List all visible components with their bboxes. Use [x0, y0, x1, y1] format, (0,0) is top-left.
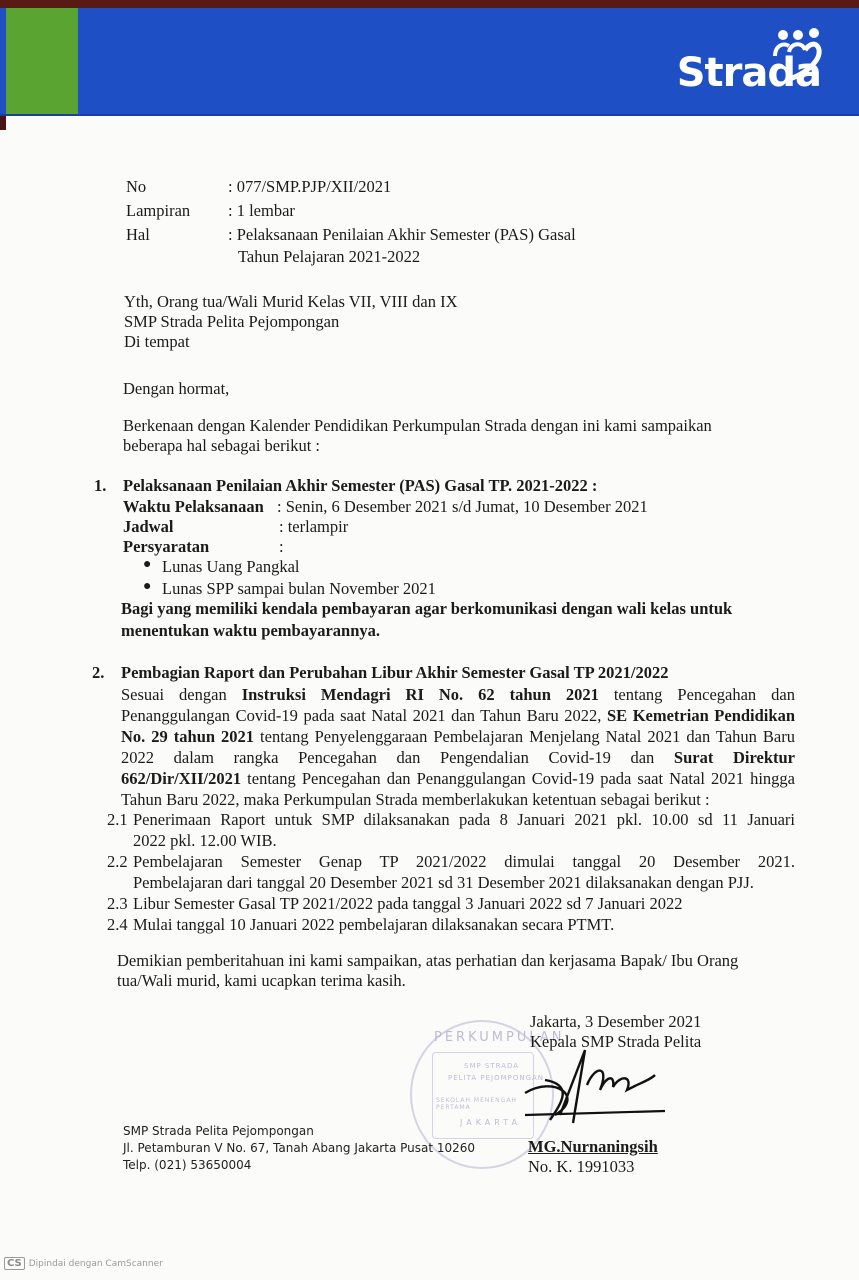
bullet-icon: ●: [143, 557, 151, 573]
closing-line: tua/Wali murid, kami ucapkan terima kasi…: [117, 970, 406, 991]
ref-se-kementerian: SE Kemetrian Pendidikan: [607, 706, 795, 725]
footer-street: Jl. Petamburan V No. 67, Tanah Abang Jak…: [123, 1140, 475, 1157]
text: Penanggulangan Covid-19 pada saat Natal …: [121, 706, 607, 725]
hal-label: Hal: [126, 224, 150, 245]
lampiran-value: : 1 lembar: [228, 200, 295, 221]
ref-instruksi-mendagri: Instruksi Mendagri RI No. 62 tahun 2021: [242, 685, 599, 704]
text: tentang Pencegahan dan: [599, 685, 795, 704]
ref-surat-number: 662/Dir/XII/2021: [121, 769, 241, 788]
place-date: Jakarta, 3 Desember 2021: [530, 1011, 701, 1032]
section1-number: 1.: [94, 475, 106, 496]
intro-line: Berkenaan dengan Kalender Pendidikan Per…: [123, 415, 712, 436]
recipient-school: SMP Strada Pelita Pejompongan: [124, 311, 339, 332]
section2-paragraph-line: 662/Dir/XII/2021 tentang Pencegahan dan …: [121, 768, 795, 789]
jadwal-label: Jadwal: [123, 516, 173, 537]
ref-surat-direktur: Surat Direktur: [674, 748, 795, 767]
item-text: Mulai tanggal 10 Januari 2022 pembelajar…: [133, 914, 614, 935]
closing-line: Demikian pemberitahuan ini kami sampaika…: [117, 950, 738, 971]
persyaratan-label: Persyaratan: [123, 536, 209, 557]
text: tentang Pencegahan dan Penanggulangan Co…: [241, 769, 795, 788]
stamp-text: SMP STRADA: [464, 1062, 519, 1070]
signer-id: No. K. 1991033: [528, 1156, 634, 1177]
section2-paragraph-line: Tahun Baru 2022, maka Perkumpulan Strada…: [121, 789, 710, 810]
no-label: No: [126, 176, 146, 197]
recipient-line: Yth, Orang tua/Wali Murid Kelas VII, VII…: [124, 291, 457, 312]
hal-value: : Pelaksanaan Penilaian Akhir Semester (…: [228, 224, 576, 245]
no-value: : 077/SMP.PJP/XII/2021: [228, 176, 391, 197]
item-text: Libur Semester Gasal TP 2021/2022 pada t…: [133, 893, 682, 914]
payment-note: Bagi yang memiliki kendala pembayaran ag…: [121, 598, 732, 619]
intro-line: beberapa hal sebagai berikut :: [123, 435, 320, 456]
text: tentang Penyelenggaraan Pembelajaran Men…: [254, 727, 795, 746]
payment-note: menentukan waktu pembayarannya.: [121, 620, 380, 641]
item-number: 2.3: [107, 893, 128, 914]
item-text: Pembelajaran Semester Genap TP 2021/2022…: [133, 851, 795, 872]
footer-phone: Telp. (021) 53650004: [123, 1157, 475, 1174]
section2-paragraph-line: No. 29 tahun 2021 tentang Penyelenggaraa…: [121, 726, 795, 747]
recipient-place: Di tempat: [124, 331, 190, 352]
bullet-icon: ●: [143, 579, 151, 595]
handwritten-signature: [515, 1045, 665, 1125]
item-text: 2022 pkl. 12.00 WIB.: [133, 830, 277, 851]
salutation: Dengan hormat,: [123, 378, 229, 399]
item-text: Penerimaan Raport untuk SMP dilaksanakan…: [133, 809, 795, 830]
camscanner-icon: CS: [4, 1257, 25, 1270]
item-number: 2.4: [107, 914, 128, 935]
jadwal-value: : terlampir: [279, 516, 348, 537]
requirement-item: Lunas SPP sampai bulan November 2021: [162, 578, 436, 599]
persyaratan-colon: :: [279, 536, 284, 557]
strada-people-heart-icon: [769, 26, 825, 86]
text: 2022 dalam rangka Pencegahan dan Pengend…: [121, 748, 674, 767]
section2-number: 2.: [92, 662, 104, 683]
lampiran-label: Lampiran: [126, 200, 190, 221]
item-number: 2.1: [107, 809, 128, 830]
waktu-label: Waktu Pelaksanaan: [123, 496, 264, 517]
section2-paragraph-line: Penanggulangan Covid-19 pada saat Natal …: [121, 705, 795, 726]
text: Sesuai dengan: [121, 685, 242, 704]
camscanner-text: Dipindai dengan CamScanner: [29, 1259, 163, 1269]
section2-title: Pembagian Raport dan Perubahan Libur Akh…: [121, 662, 668, 683]
section2-paragraph-line: Sesuai dengan Instruksi Mendagri RI No. …: [121, 684, 795, 705]
ref-se-number: No. 29 tahun 2021: [121, 727, 254, 746]
signer-name: MG.Nurnaningsih: [528, 1136, 658, 1157]
footer-school: SMP Strada Pelita Pejompongan: [123, 1123, 475, 1140]
letterhead-accent-block: [6, 8, 78, 114]
section1-title: Pelaksanaan Penilaian Akhir Semester (PA…: [123, 475, 597, 496]
section2-paragraph-line: 2022 dalam rangka Pencegahan dan Pengend…: [121, 747, 795, 768]
item-text: Pembelajaran dari tanggal 20 Desember 20…: [133, 872, 754, 893]
waktu-value: : Senin, 6 Desember 2021 s/d Jumat, 10 D…: [277, 496, 648, 517]
hal-value-cont: Tahun Pelajaran 2021-2022: [238, 246, 420, 267]
camscanner-watermark: CSDipindai dengan CamScanner: [4, 1257, 163, 1270]
requirement-item: Lunas Uang Pangkal: [162, 556, 299, 577]
item-number: 2.2: [107, 851, 128, 872]
footer-address: SMP Strada Pelita Pejompongan Jl. Petamb…: [123, 1123, 475, 1174]
